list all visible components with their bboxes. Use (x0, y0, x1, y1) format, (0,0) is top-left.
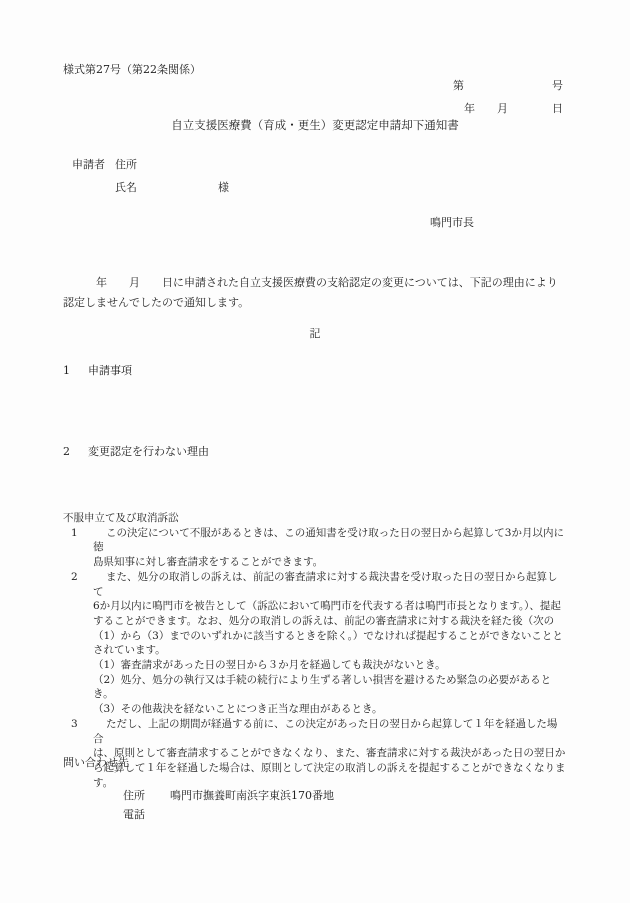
applicant-honorific: 様 (218, 181, 229, 194)
appeal-clause-3: 3 ただし、上記の期間が経過する前に、この決定があった日の翌日から起算して１年を… (63, 717, 567, 791)
appeal-clause-1: 1 この決定について不服があるときは、この通知書を受け取った日の翌日から起算して… (63, 526, 567, 570)
listed-item-2-label: 変更認定を行わない理由 (88, 445, 209, 458)
issuer-name: 鳴門市長 (430, 216, 474, 229)
appeal-clause-2-subitem-1: （1）審査請求があった日の翌日から３か月を経過しても裁決がないとき。 (93, 658, 567, 673)
contact-address-row: 住所 鳴門市撫養町南浜字東浜170番地 (123, 786, 334, 805)
appeal-clause-2-number: 2 (71, 570, 93, 717)
listed-item-2-number: 2 (63, 445, 88, 458)
contact-address-value: 鳴門市撫養町南浜字東浜170番地 (170, 786, 334, 805)
form-number: 様式第27号（第22条関係） (63, 63, 201, 76)
appeal-clause-1-text: この決定について不服があるときは、この通知書を受け取った日の翌日から起算して3か… (93, 526, 567, 570)
applicant-label: 申請者 (72, 158, 105, 171)
applicant-row-name: 氏名様 (115, 181, 229, 194)
listed-item-1: 1 申請事項 (63, 364, 132, 377)
appeal-clause-2-text: また、処分の取消しの訴えは、前記の審査請求に対する裁決書を受け取った日の翌日から… (93, 570, 567, 658)
contact-block: 住所 鳴門市撫養町南浜字東浜170番地 電話 (123, 786, 334, 824)
date-blank: 年 月 日 (464, 102, 563, 115)
contact-heading: 問い合わせ先 (63, 756, 129, 769)
appeal-clause-1-number: 1 (71, 526, 93, 570)
contact-address-label: 住所 (123, 786, 170, 805)
listed-item-1-label: 申請事項 (88, 364, 132, 377)
contact-phone-row: 電話 (123, 805, 334, 824)
notification-body: 年 月 日に申請された自立支援医療費の支給認定の変更については、下記の理由により… (63, 273, 567, 313)
appeal-clause-3-number: 3 (71, 717, 93, 791)
applicant-name-label: 氏名 (115, 181, 137, 194)
appeal-clause-2: 2 また、処分の取消しの訴えは、前記の審査請求に対する裁決書を受け取った日の翌日… (63, 570, 567, 717)
document-page: 様式第27号（第22条関係） 第 号 年 月 日 自立支援医療費（育成・更生）変… (0, 0, 630, 903)
record-mark: 記 (0, 327, 630, 340)
listed-item-1-number: 1 (63, 364, 88, 377)
applicant-block: 申請者住所 氏名様 (72, 158, 229, 194)
listed-item-2: 2 変更認定を行わない理由 (63, 445, 209, 458)
applicant-row-address: 申請者住所 (72, 158, 229, 171)
appeal-clause-2-subitem-2: （2）処分、処分の執行又は手続の続行により生ずる著しい損害を避けるため緊急の必要… (93, 673, 567, 702)
appeal-clause-2-subitem-3: （3）その他裁決を経ないことにつき正当な理由があるとき。 (93, 702, 567, 717)
appeal-heading: 不服申立て及び取消訴訟 (63, 511, 567, 526)
reference-number-blank: 第 号 (453, 79, 563, 92)
applicant-address-label: 住所 (115, 158, 137, 171)
appeal-clause-3-text: ただし、上記の期間が経過する前に、この決定があった日の翌日から起算して１年を経過… (93, 717, 567, 791)
appeal-section: 不服申立て及び取消訴訟 1 この決定について不服があるときは、この通知書を受け取… (63, 511, 567, 790)
contact-phone-label: 電話 (123, 805, 170, 824)
document-title: 自立支援医療費（育成・更生）変更認定申請却下通知書 (0, 119, 630, 132)
